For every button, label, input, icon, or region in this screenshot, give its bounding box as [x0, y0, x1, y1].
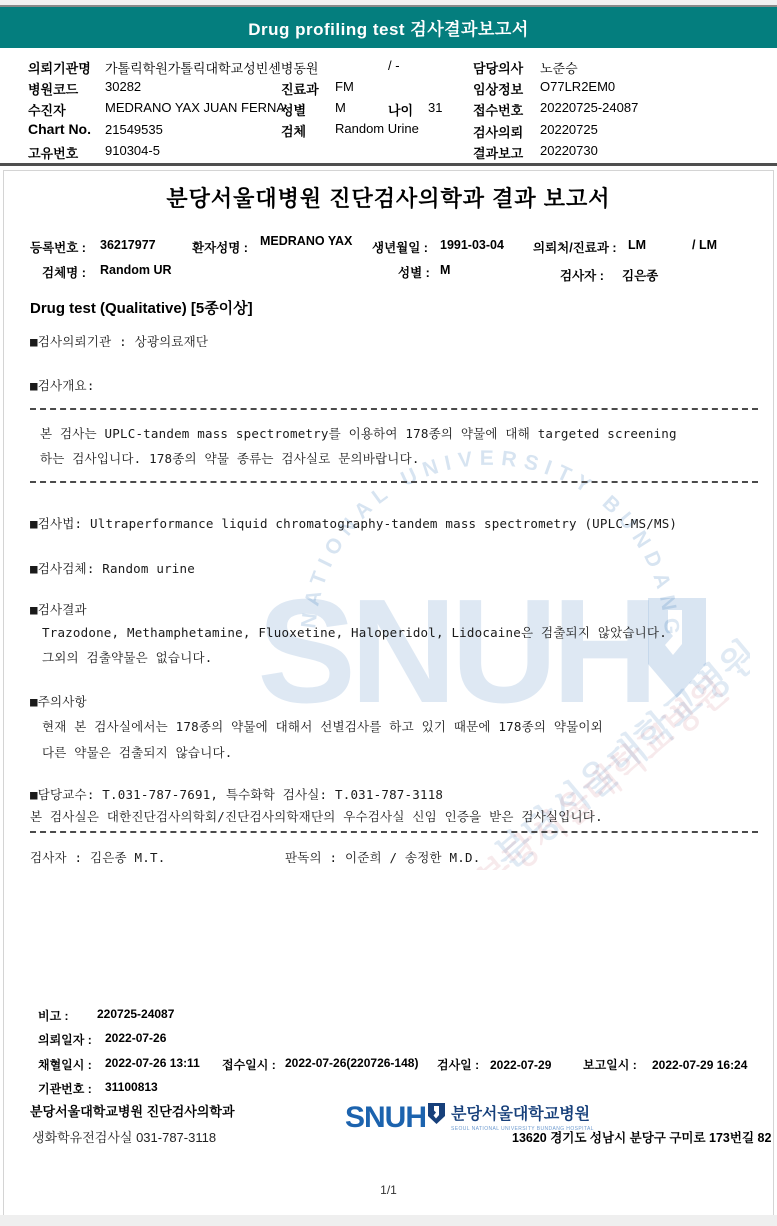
- org-number-label: 기관번호 :: [38, 1080, 92, 1097]
- report-label: 결과보고: [473, 143, 523, 162]
- specimen-name-value: Random UR: [100, 263, 172, 277]
- test-date-value: 2022-07-29: [490, 1058, 551, 1072]
- collect-dt-value: 2022-07-26 13:11: [105, 1056, 200, 1070]
- patient-label: 수진자: [28, 100, 66, 119]
- referrer-value-1: LM: [628, 238, 646, 252]
- dept-label: 진료과: [281, 79, 319, 98]
- note-label: 비고 :: [38, 1007, 69, 1024]
- clinical-label: 임상정보: [473, 79, 523, 98]
- request-date-label: 의뢰일자 :: [38, 1031, 92, 1048]
- request-value: 20220725: [540, 122, 598, 137]
- professor-line: ■담당교수: T.031-787-7691, 특수화학 검사실: T.031-7…: [30, 785, 443, 803]
- hospital-address: 13620 경기도 성남시 분당구 구미로 173번길 82: [512, 1128, 771, 1146]
- receive-dt-value: 2022-07-26(220726-148): [285, 1056, 418, 1070]
- result-line-2: 그외의 검출약물은 없습니다.: [42, 648, 212, 666]
- snuh-shield-icon: [428, 1103, 445, 1129]
- reg-no-value: 36217977: [100, 238, 156, 252]
- accreditation-line: 본 검사실은 대한진단검사의학회/진단검사의학재단의 우수검사실 신임 인증을 …: [30, 807, 603, 825]
- patient-sex-value: M: [440, 263, 450, 277]
- sex-label: 성별: [281, 100, 306, 119]
- overview-heading: ■검사개요:: [30, 376, 95, 394]
- top-strip: [0, 0, 777, 7]
- caution-line-1: 현재 본 검사실에서는 178종의 약물에 대해서 선별검사를 하고 있기 때문…: [42, 717, 603, 735]
- receipt-value: 20220725-24087: [540, 100, 638, 115]
- patient-value: MEDRANO YAX JUAN FERNA: [105, 100, 285, 115]
- patient-sex-label: 성별 :: [398, 263, 430, 281]
- referrer-label: 의뢰처/진료과 :: [533, 238, 617, 256]
- hospital-code-label: 병원코드: [28, 79, 78, 98]
- org-extra: / -: [388, 58, 400, 73]
- receipt-label: 접수번호: [473, 100, 523, 119]
- org-label: 의뢰기관명: [28, 58, 91, 77]
- header-separator: [0, 163, 777, 166]
- report-dt-label: 보고일시 :: [583, 1056, 637, 1073]
- referrer-value-2: / LM: [692, 238, 717, 252]
- collect-dt-label: 채혈일시 :: [38, 1056, 92, 1073]
- uid-value: 910304-5: [105, 143, 160, 158]
- chart-no-value: 21549535: [105, 122, 163, 137]
- overview-line-2: 하는 검사입니다. 178종의 약물 종류는 검사실로 문의바랍니다.: [40, 449, 420, 467]
- hospital-code-value: 30282: [105, 79, 141, 94]
- doctor-value: 노준승: [540, 58, 578, 77]
- examiner-label: 검사자 :: [560, 266, 604, 284]
- specimen-label: 검체: [281, 121, 306, 140]
- doctor-label: 담당의사: [473, 58, 523, 77]
- patient-name-label: 환자성명 :: [192, 238, 248, 256]
- signature-examiner: 검사자 : 김은종 M.T.: [30, 848, 165, 866]
- dashed-divider-3: [30, 831, 758, 833]
- specimen-value: Random Urine: [335, 121, 419, 136]
- dept-value: FM: [335, 79, 354, 94]
- report-banner: Drug profiling test 검사결과보고서: [0, 7, 777, 48]
- report-value: 20220730: [540, 143, 598, 158]
- request-label: 검사의뢰: [473, 122, 523, 141]
- note-value: 220725-24087: [97, 1007, 174, 1021]
- birth-label: 생년월일 :: [372, 238, 428, 256]
- org-value: 가톨릭학원가톨릭대학교성빈센병동원: [105, 58, 319, 77]
- dashed-divider-2: [30, 481, 758, 483]
- method-line: ■검사법: Ultraperformance liquid chromatogr…: [30, 514, 677, 532]
- report-dt-value: 2022-07-29 16:24: [652, 1058, 747, 1072]
- report-title: 분당서울대병원 진단검사의학과 결과 보고서: [0, 182, 777, 213]
- dashed-divider-1: [30, 408, 758, 410]
- birth-value: 1991-03-04: [440, 238, 504, 252]
- snuh-logo-kr: 분당서울대학교병원: [451, 1106, 594, 1124]
- receive-dt-label: 접수일시 :: [222, 1056, 276, 1073]
- reg-no-label: 등록번호 :: [30, 238, 86, 256]
- age-value: 31: [428, 100, 442, 115]
- test-specimen-line: ■검사검체: Random urine: [30, 559, 195, 577]
- signature-reader: 판독의 : 이준희 / 송정한 M.D.: [285, 848, 480, 866]
- caution-line-2: 다른 약물은 검출되지 않습니다.: [42, 743, 232, 761]
- clinical-value: O77LR2EM0: [540, 79, 615, 94]
- footer-dept-line-2: 생화학유전검사실 031-787-3118: [32, 1127, 216, 1146]
- caution-heading: ■주의사항: [30, 692, 87, 710]
- page-number: 1/1: [0, 1183, 777, 1197]
- examiner-value: 김은종: [622, 266, 658, 284]
- age-label: 나이: [388, 100, 413, 119]
- footer-dept-line-1: 분당서울대학교병원 진단검사의학과: [30, 1101, 235, 1120]
- overview-line-1: 본 검사는 UPLC-tandem mass spectrometry를 이용하…: [40, 424, 677, 442]
- test-title: Drug test (Qualitative) [5종이상]: [30, 297, 253, 318]
- chart-no-label: Chart No.: [28, 121, 91, 137]
- request-date-value: 2022-07-26: [105, 1031, 166, 1045]
- referral-line: ■검사의뢰기관 : 상광의료재단: [30, 332, 208, 350]
- uid-label: 고유번호: [28, 143, 78, 162]
- sex-value: M: [335, 100, 346, 115]
- bottom-bar: [0, 1215, 777, 1226]
- result-heading: ■검사결과: [30, 600, 87, 618]
- org-number-value: 31100813: [105, 1080, 158, 1094]
- patient-name-value: MEDRANO YAX: [260, 234, 352, 248]
- result-line-1: Trazodone, Methamphetamine, Fluoxetine, …: [42, 623, 667, 641]
- specimen-name-label: 검체명 :: [42, 263, 86, 281]
- banner-title: Drug profiling test 검사결과보고서: [248, 15, 529, 40]
- snuh-logo-text: SNUH: [345, 1103, 426, 1133]
- test-date-label: 검사일 :: [437, 1056, 479, 1073]
